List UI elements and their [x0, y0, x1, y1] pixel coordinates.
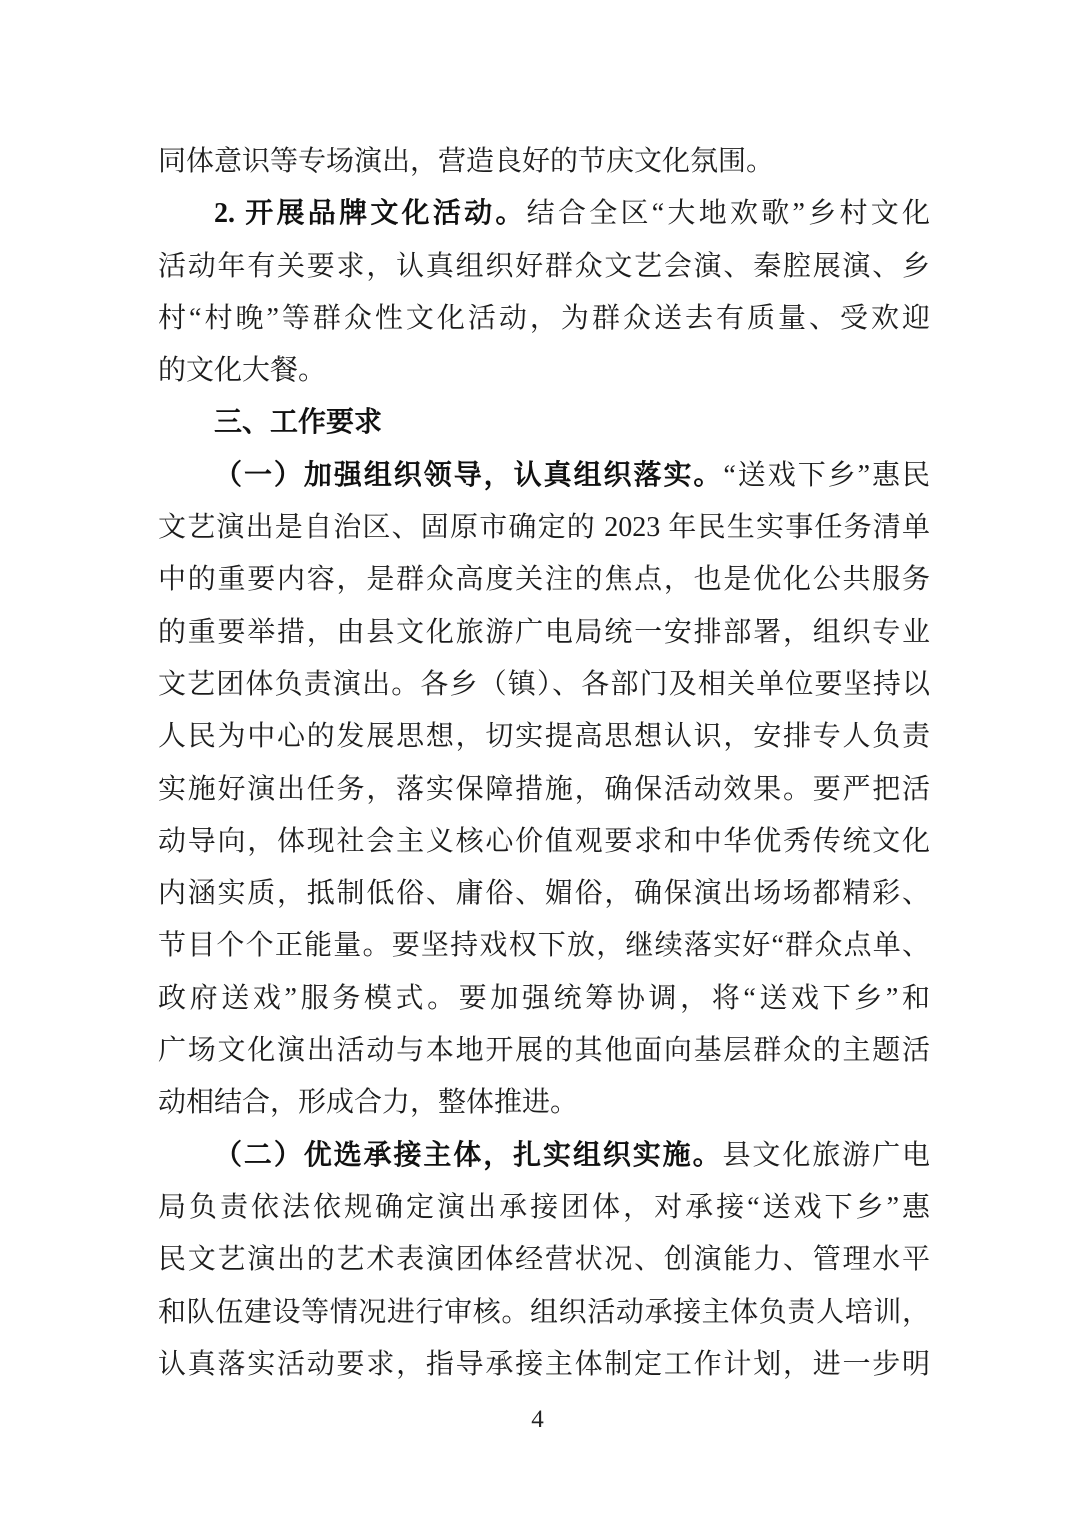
- doc-line: 的文化大餐。: [158, 345, 930, 397]
- doc-line: （二）优选承接主体，扎实组织实施。县文化旅游广电: [158, 1130, 930, 1182]
- doc-line: 局负责依法依规确定演出承接团体，对承接“送戏下乡”惠: [158, 1182, 930, 1234]
- doc-line: 广场文化演出活动与本地开展的其他面向基层群众的主题活: [158, 1025, 930, 1077]
- doc-line: 动相结合，形成合力，整体推进。: [158, 1077, 930, 1129]
- line-text: “送戏下乡”惠民: [723, 460, 930, 491]
- line-text: 的重要举措，由县文化旅游广电局统一安排部署，组织专业: [158, 617, 930, 648]
- doc-line: 活动年有关要求，认真组织好群众文艺会演、秦腔展演、乡: [158, 241, 930, 293]
- doc-line: 内涵实质，抵制低俗、庸俗、媚俗，确保演出场场都精彩、: [158, 868, 930, 920]
- line-text: 实施好演出任务，落实保障措施，确保活动效果。要严把活: [158, 774, 930, 805]
- doc-line: 人民为中心的发展思想，切实提高思想认识，安排专人负责: [158, 711, 930, 763]
- line-text: 村“村晚”等群众性文化活动，为群众送去有质量、受欢迎: [158, 303, 930, 334]
- line-text: 节目个个正能量。要坚持戏权下放，继续落实好“群众点单、: [158, 930, 930, 961]
- doc-line: 和队伍建设等情况进行审核。组织活动承接主体负责人培训，: [158, 1287, 930, 1339]
- doc-line: 文艺演出是自治区、固原市确定的 2023 年民生实事任务清单: [158, 502, 930, 554]
- doc-line: 认真落实活动要求，指导承接主体制定工作计划，进一步明: [158, 1339, 930, 1391]
- line-text: 中的重要内容，是群众高度关注的焦点，也是优化公共服务: [158, 564, 930, 595]
- line-text: 政府送戏”服务模式。要加强统筹协调，将“送戏下乡”和: [158, 983, 930, 1014]
- line-text: 文艺演出是自治区、固原市确定的 2023 年民生实事任务清单: [158, 512, 930, 543]
- doc-line: 村“村晚”等群众性文化活动，为群众送去有质量、受欢迎: [158, 293, 930, 345]
- line-text: 同体意识等专场演出，营造良好的节庆文化氛围。: [158, 146, 774, 177]
- doc-line: 的重要举措，由县文化旅游广电局统一安排部署，组织专业: [158, 607, 930, 659]
- section-heading: 三、工作要求: [158, 397, 930, 449]
- line-text: 动相结合，形成合力，整体推进。: [158, 1087, 578, 1118]
- doc-line: 2. 开展品牌文化活动。结合全区“大地欢歌”乡村文化: [158, 188, 930, 240]
- page-number: 4: [0, 1402, 1075, 1438]
- line-text: 结合全区“大地欢歌”乡村文化: [527, 198, 930, 229]
- document-page: 同体意识等专场演出，营造良好的节庆文化氛围。 2. 开展品牌文化活动。结合全区“…: [0, 0, 1075, 1520]
- doc-line: 中的重要内容，是群众高度关注的焦点，也是优化公共服务: [158, 554, 930, 606]
- line-text: 认真落实活动要求，指导承接主体制定工作计划，进一步明: [158, 1349, 930, 1380]
- line-text: 动导向，体现社会主义核心价值观要求和中华优秀传统文化: [158, 826, 930, 857]
- line-text: 活动年有关要求，认真组织好群众文艺会演、秦腔展演、乡: [158, 251, 930, 282]
- line-text: 县文化旅游广电: [723, 1140, 930, 1171]
- doc-line: （一）加强组织领导，认真组织落实。“送戏下乡”惠民: [158, 450, 930, 502]
- paragraph-lead: 2. 开展品牌文化活动。: [214, 198, 527, 229]
- line-text: 人民为中心的发展思想，切实提高思想认识，安排专人负责: [158, 721, 930, 752]
- doc-line: 节目个个正能量。要坚持戏权下放，继续落实好“群众点单、: [158, 920, 930, 972]
- document-body: 同体意识等专场演出，营造良好的节庆文化氛围。 2. 开展品牌文化活动。结合全区“…: [158, 136, 930, 1391]
- doc-line: 同体意识等专场演出，营造良好的节庆文化氛围。: [158, 136, 930, 188]
- line-text: 内涵实质，抵制低俗、庸俗、媚俗，确保演出场场都精彩、: [158, 878, 930, 909]
- paragraph-lead: （一）加强组织领导，认真组织落实。: [214, 460, 723, 491]
- doc-line: 实施好演出任务，落实保障措施，确保活动效果。要严把活: [158, 764, 930, 816]
- doc-line: 民文艺演出的艺术表演团体经营状况、创演能力、管理水平: [158, 1234, 930, 1286]
- doc-line: 政府送戏”服务模式。要加强统筹协调，将“送戏下乡”和: [158, 973, 930, 1025]
- line-text: 文艺团体负责演出。各乡（镇）、各部门及相关单位要坚持以: [158, 669, 930, 700]
- doc-line: 文艺团体负责演出。各乡（镇）、各部门及相关单位要坚持以: [158, 659, 930, 711]
- line-text: 广场文化演出活动与本地开展的其他面向基层群众的主题活: [158, 1035, 930, 1066]
- heading-text: 三、工作要求: [214, 407, 382, 438]
- line-text: 和队伍建设等情况进行审核。组织活动承接主体负责人培训，: [158, 1297, 930, 1328]
- line-text: 局负责依法依规确定演出承接团体，对承接“送戏下乡”惠: [158, 1192, 930, 1223]
- line-text: 的文化大餐。: [158, 355, 326, 386]
- line-text: 民文艺演出的艺术表演团体经营状况、创演能力、管理水平: [158, 1244, 930, 1275]
- doc-line: 动导向，体现社会主义核心价值观要求和中华优秀传统文化: [158, 816, 930, 868]
- paragraph-lead: （二）优选承接主体，扎实组织实施。: [214, 1140, 723, 1171]
